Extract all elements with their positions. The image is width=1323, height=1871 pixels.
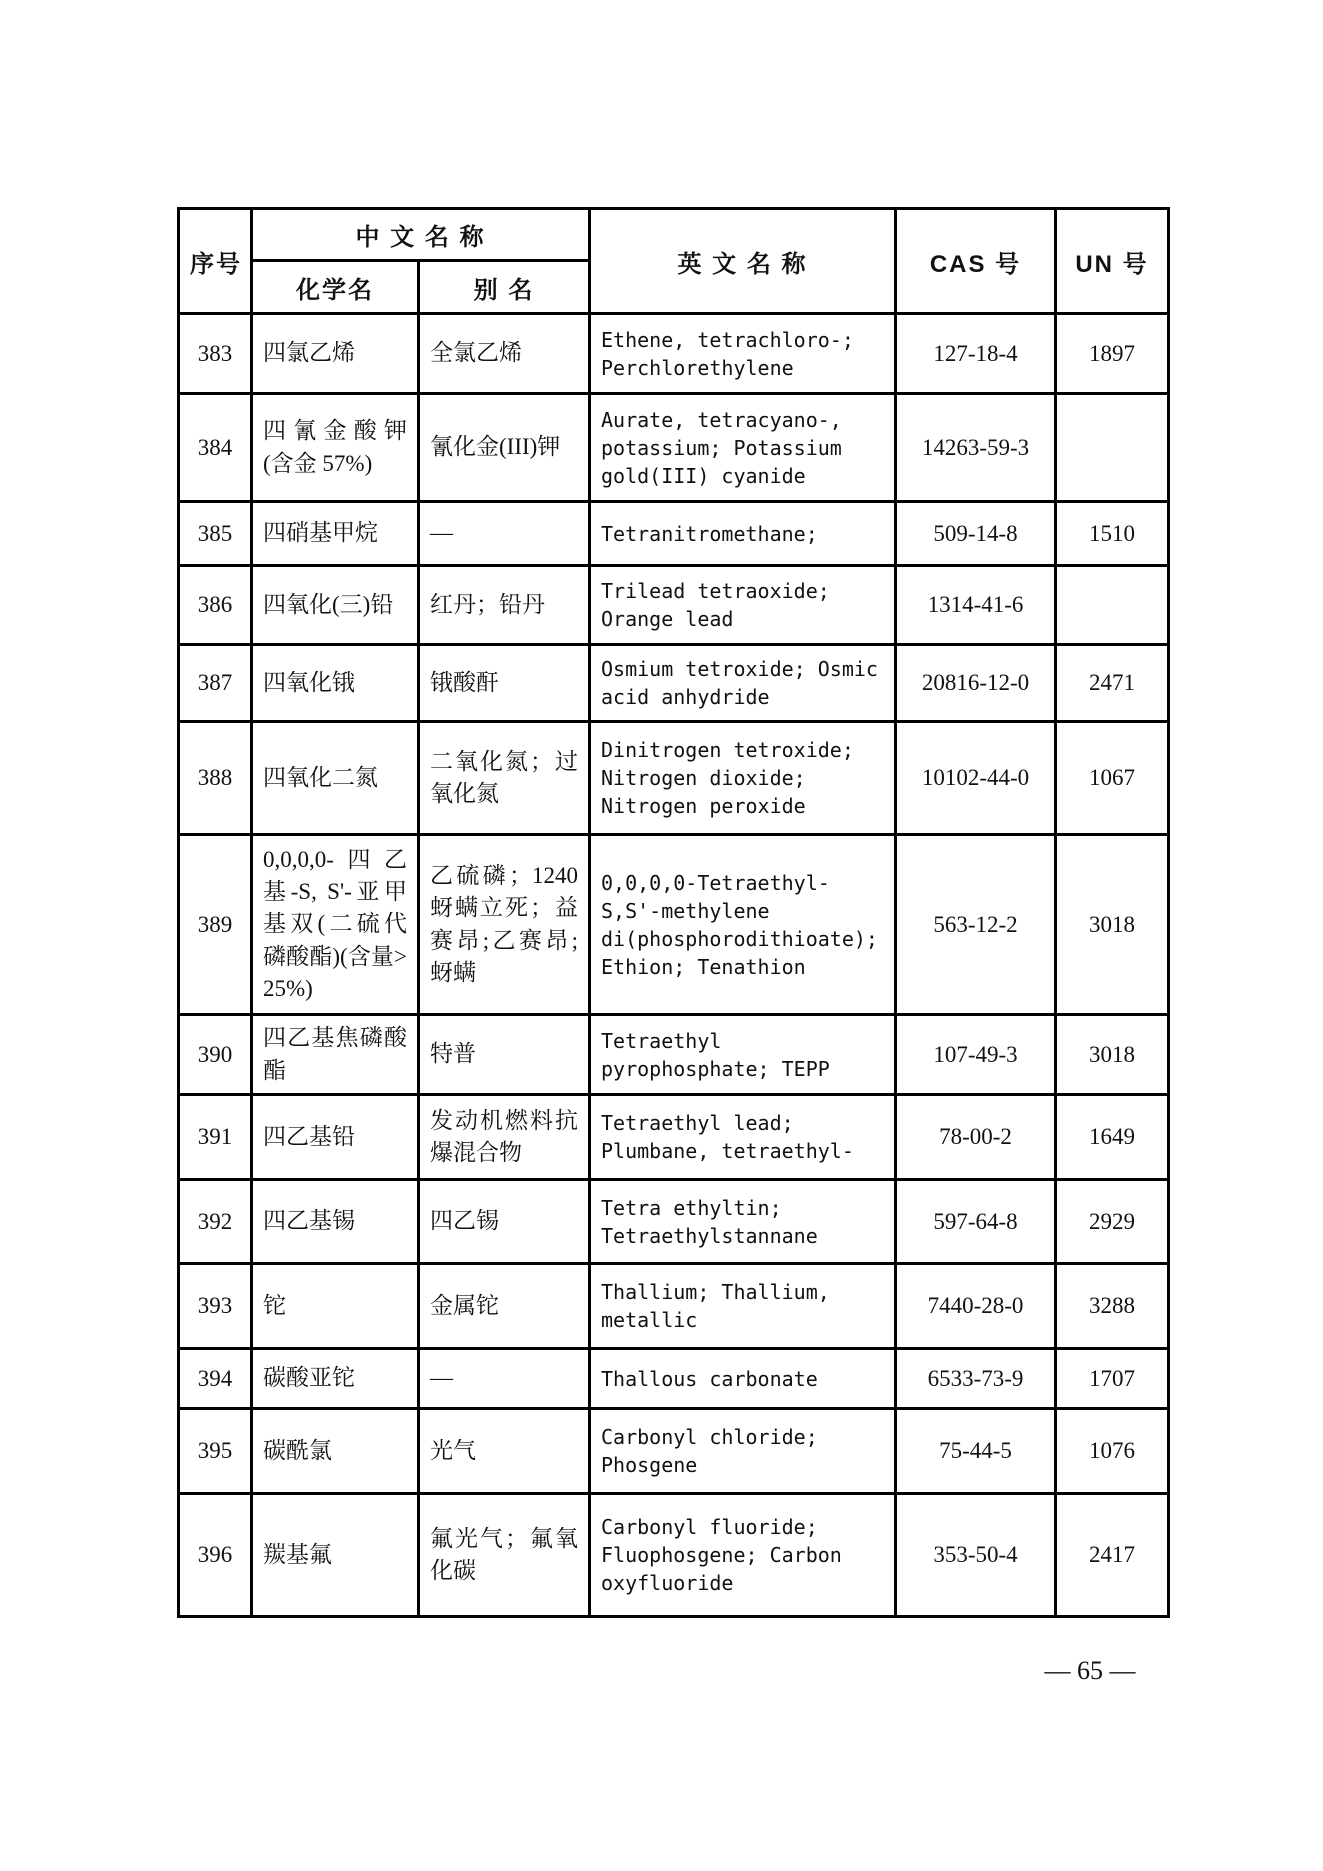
cas-cell: 78-00-2 bbox=[896, 1095, 1056, 1180]
chemical-name-cell: 四乙基铅 bbox=[252, 1095, 419, 1180]
table-row: 392 四乙基锡 四乙锡 Tetra ethyltin; Tetraethyls… bbox=[179, 1180, 1169, 1264]
english-name-cell: Trilead tetraoxide; Orange lead bbox=[590, 566, 896, 645]
table-row: 393 铊 金属铊 Thallium; Thallium, metallic 7… bbox=[179, 1264, 1169, 1349]
chemical-name-cell: 四氧化二氮 bbox=[252, 722, 419, 835]
un-cell: 1707 bbox=[1056, 1349, 1169, 1409]
alias-cell: 四乙锡 bbox=[419, 1180, 590, 1264]
chemical-name-cell: 四乙基焦磷酸酯 bbox=[252, 1015, 419, 1095]
un-cell: 1649 bbox=[1056, 1095, 1169, 1180]
alias-cell: 氟光气；氟氧化碳 bbox=[419, 1494, 590, 1617]
serial-cell: 387 bbox=[179, 645, 252, 722]
cas-cell: 7440-28-0 bbox=[896, 1264, 1056, 1349]
cas-cell: 1314-41-6 bbox=[896, 566, 1056, 645]
cas-cell: 353-50-4 bbox=[896, 1494, 1056, 1617]
table-row: 383 四氯乙烯 全氯乙烯 Ethene, tetrachloro-; Perc… bbox=[179, 314, 1169, 394]
english-name-cell: 0,0,0,0-Tetraethyl-S,S'-methylene di(pho… bbox=[590, 835, 896, 1015]
table-row: 387 四氧化锇 锇酸酐 Osmium tetroxide; Osmic aci… bbox=[179, 645, 1169, 722]
serial-cell: 384 bbox=[179, 394, 252, 502]
alias-cell: — bbox=[419, 1349, 590, 1409]
chemical-name-cell: 羰基氟 bbox=[252, 1494, 419, 1617]
un-cell: 3018 bbox=[1056, 835, 1169, 1015]
english-name-cell: Thallium; Thallium, metallic bbox=[590, 1264, 896, 1349]
cas-cell: 563-12-2 bbox=[896, 835, 1056, 1015]
column-header-serial: 序号 bbox=[179, 209, 252, 314]
english-name-cell: Carbonyl chloride; Phosgene bbox=[590, 1409, 896, 1494]
serial-cell: 395 bbox=[179, 1409, 252, 1494]
serial-cell: 390 bbox=[179, 1015, 252, 1095]
cas-cell: 10102-44-0 bbox=[896, 722, 1056, 835]
cas-cell: 75-44-5 bbox=[896, 1409, 1056, 1494]
alias-cell: 氰化金(III)钾 bbox=[419, 394, 590, 502]
alias-cell: 乙硫磷；1240蚜螨立死；益赛昂;乙赛昂;蚜螨 bbox=[419, 835, 590, 1015]
chemicals-table-container: 序号 中 文 名 称 英 文 名 称 CAS 号 UN 号 化学名 别 名 38… bbox=[177, 207, 1167, 1618]
english-name-cell: Thallous carbonate bbox=[590, 1349, 896, 1409]
table-row: 395 碳酰氯 光气 Carbonyl chloride; Phosgene 7… bbox=[179, 1409, 1169, 1494]
column-header-cas: CAS 号 bbox=[896, 209, 1056, 314]
column-header-chinese-name-group: 中 文 名 称 bbox=[252, 209, 590, 261]
header-row-top: 序号 中 文 名 称 英 文 名 称 CAS 号 UN 号 bbox=[179, 209, 1169, 261]
alias-cell: 全氯乙烯 bbox=[419, 314, 590, 394]
alias-cell: 二氧化氮；过氧化氮 bbox=[419, 722, 590, 835]
cas-cell: 14263-59-3 bbox=[896, 394, 1056, 502]
english-name-cell: Tetranitromethane; bbox=[590, 502, 896, 566]
english-name-cell: Osmium tetroxide; Osmic acid anhydride bbox=[590, 645, 896, 722]
serial-cell: 392 bbox=[179, 1180, 252, 1264]
cas-cell: 6533-73-9 bbox=[896, 1349, 1056, 1409]
alias-cell: 金属铊 bbox=[419, 1264, 590, 1349]
table-row: 384 四氰金酸钾(含金 57%) 氰化金(III)钾 Aurate, tetr… bbox=[179, 394, 1169, 502]
alias-cell: 锇酸酐 bbox=[419, 645, 590, 722]
english-name-cell: Tetraethyl pyrophosphate; TEPP bbox=[590, 1015, 896, 1095]
column-header-un: UN 号 bbox=[1056, 209, 1169, 314]
serial-cell: 385 bbox=[179, 502, 252, 566]
alias-cell: 特普 bbox=[419, 1015, 590, 1095]
table-row: 396 羰基氟 氟光气；氟氧化碳 Carbonyl fluoride; Fluo… bbox=[179, 1494, 1169, 1617]
cas-cell: 597-64-8 bbox=[896, 1180, 1056, 1264]
chemical-name-cell: 四氯乙烯 bbox=[252, 314, 419, 394]
alias-cell: — bbox=[419, 502, 590, 566]
un-cell: 1897 bbox=[1056, 314, 1169, 394]
un-cell: 2929 bbox=[1056, 1180, 1169, 1264]
table-row: 388 四氧化二氮 二氧化氮；过氧化氮 Dinitrogen tetroxide… bbox=[179, 722, 1169, 835]
un-cell: 2417 bbox=[1056, 1494, 1169, 1617]
cas-cell: 20816-12-0 bbox=[896, 645, 1056, 722]
serial-cell: 391 bbox=[179, 1095, 252, 1180]
un-cell: 1067 bbox=[1056, 722, 1169, 835]
table-row: 391 四乙基铅 发动机燃料抗爆混合物 Tetraethyl lead; Plu… bbox=[179, 1095, 1169, 1180]
english-name-cell: Carbonyl fluoride; Fluophosgene; Carbon … bbox=[590, 1494, 896, 1617]
alias-cell: 红丹；铅丹 bbox=[419, 566, 590, 645]
table-row: 389 0,0,0,0-四乙基-S, S'-亚甲基双(二硫代磷酸酯)(含量>25… bbox=[179, 835, 1169, 1015]
chemical-name-cell: 0,0,0,0-四乙基-S, S'-亚甲基双(二硫代磷酸酯)(含量>25%) bbox=[252, 835, 419, 1015]
english-name-cell: Tetra ethyltin; Tetraethylstannane bbox=[590, 1180, 896, 1264]
english-name-cell: Ethene, tetrachloro-; Perchlorethylene bbox=[590, 314, 896, 394]
un-cell: 3288 bbox=[1056, 1264, 1169, 1349]
column-header-alias: 别 名 bbox=[419, 261, 590, 314]
cas-cell: 127-18-4 bbox=[896, 314, 1056, 394]
serial-cell: 389 bbox=[179, 835, 252, 1015]
chemical-name-cell: 铊 bbox=[252, 1264, 419, 1349]
english-name-cell: Dinitrogen tetroxide; Nitrogen dioxide; … bbox=[590, 722, 896, 835]
serial-cell: 383 bbox=[179, 314, 252, 394]
chemical-name-cell: 碳酸亚铊 bbox=[252, 1349, 419, 1409]
serial-cell: 396 bbox=[179, 1494, 252, 1617]
chemical-name-cell: 四氧化锇 bbox=[252, 645, 419, 722]
cas-cell: 107-49-3 bbox=[896, 1015, 1056, 1095]
english-name-cell: Aurate, tetracyano-, potassium; Potassiu… bbox=[590, 394, 896, 502]
table-row: 385 四硝基甲烷 — Tetranitromethane; 509-14-8 … bbox=[179, 502, 1169, 566]
un-cell: 1076 bbox=[1056, 1409, 1169, 1494]
chemicals-table: 序号 中 文 名 称 英 文 名 称 CAS 号 UN 号 化学名 别 名 38… bbox=[177, 207, 1170, 1618]
chemical-name-cell: 四乙基锡 bbox=[252, 1180, 419, 1264]
table-row: 394 碳酸亚铊 — Thallous carbonate 6533-73-9 … bbox=[179, 1349, 1169, 1409]
serial-cell: 393 bbox=[179, 1264, 252, 1349]
serial-cell: 386 bbox=[179, 566, 252, 645]
english-name-cell: Tetraethyl lead; Plumbane, tetraethyl- bbox=[590, 1095, 896, 1180]
cas-cell: 509-14-8 bbox=[896, 502, 1056, 566]
alias-cell: 发动机燃料抗爆混合物 bbox=[419, 1095, 590, 1180]
page-number: — 65 — bbox=[1010, 1656, 1170, 1686]
un-cell: 3018 bbox=[1056, 1015, 1169, 1095]
column-header-chemical-name: 化学名 bbox=[252, 261, 419, 314]
chemical-name-cell: 碳酰氯 bbox=[252, 1409, 419, 1494]
un-cell: 2471 bbox=[1056, 645, 1169, 722]
serial-cell: 394 bbox=[179, 1349, 252, 1409]
chemical-name-cell: 四氧化(三)铅 bbox=[252, 566, 419, 645]
document-page: 序号 中 文 名 称 英 文 名 称 CAS 号 UN 号 化学名 别 名 38… bbox=[0, 0, 1323, 1871]
chemical-name-cell: 四氰金酸钾(含金 57%) bbox=[252, 394, 419, 502]
chemical-name-cell: 四硝基甲烷 bbox=[252, 502, 419, 566]
alias-cell: 光气 bbox=[419, 1409, 590, 1494]
column-header-english-name: 英 文 名 称 bbox=[590, 209, 896, 314]
un-cell: 1510 bbox=[1056, 502, 1169, 566]
un-cell bbox=[1056, 394, 1169, 502]
table-row: 390 四乙基焦磷酸酯 特普 Tetraethyl pyrophosphate;… bbox=[179, 1015, 1169, 1095]
table-row: 386 四氧化(三)铅 红丹；铅丹 Trilead tetraoxide; Or… bbox=[179, 566, 1169, 645]
serial-cell: 388 bbox=[179, 722, 252, 835]
un-cell bbox=[1056, 566, 1169, 645]
